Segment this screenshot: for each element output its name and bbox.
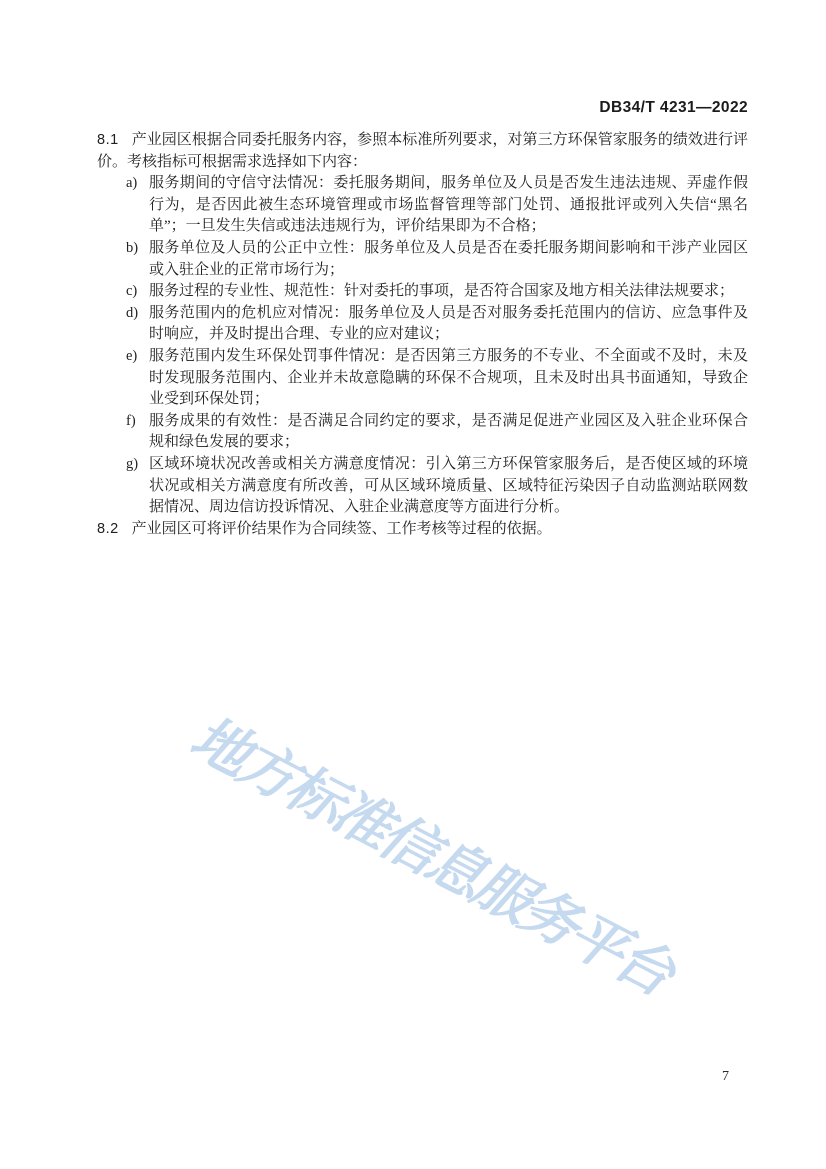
list-item-g-label: g): [126, 454, 138, 476]
list-item-d: d) 服务范围内的危机应对情况：服务单位及人员是否对服务委托范围内的信访、应急事…: [97, 303, 748, 346]
list-item-f-label: f): [126, 411, 136, 433]
clause-8-1-number: 8.1: [97, 132, 119, 148]
list-item-e-label: e): [126, 346, 137, 368]
evaluation-criteria-list: a) 服务期间的守信守法情况：委托服务期间，服务单位及人员是否发生违法违规、弄虚…: [97, 173, 748, 519]
list-item-a: a) 服务期间的守信守法情况：委托服务期间，服务单位及人员是否发生违法违规、弄虚…: [97, 173, 748, 238]
document-page: DB34/T 4231—2022 8.1产业园区根据合同委托服务内容，参照本标准…: [0, 0, 826, 1169]
list-item-f-text: 服务成果的有效性：是否满足合同约定的要求，是否满足促进产业园区及入驻企业环保合规…: [149, 413, 748, 451]
list-item-b: b) 服务单位及人员的公正中立性：服务单位及人员是否在委托服务期间影响和干涉产业…: [97, 238, 748, 281]
clause-8-1-text: 产业园区根据合同委托服务内容，参照本标准所列要求，对第三方环保管家服务的绩效进行…: [97, 132, 748, 170]
document-body: 8.1产业园区根据合同委托服务内容，参照本标准所列要求，对第三方环保管家服务的绩…: [97, 130, 748, 540]
clause-8-1: 8.1产业园区根据合同委托服务内容，参照本标准所列要求，对第三方环保管家服务的绩…: [97, 130, 748, 173]
clause-8-2-number: 8.2: [97, 521, 119, 537]
list-item-d-label: d): [126, 303, 138, 325]
list-item-g: g) 区域环境状况改善或相关方满意度情况：引入第三方环保管家服务后，是否使区域的…: [97, 454, 748, 519]
list-item-a-label: a): [126, 173, 137, 195]
list-item-b-text: 服务单位及人员的公正中立性：服务单位及人员是否在委托服务期间影响和干涉产业园区或…: [149, 240, 748, 278]
list-item-c-text: 服务过程的专业性、规范性：针对委托的事项，是否符合国家及地方相关法律法规要求；: [149, 283, 734, 299]
page-number: 7: [722, 1069, 729, 1085]
list-item-e-text: 服务范围内发生环保处罚事件情况：是否因第三方服务的不专业、不全面或不及时，未及时…: [149, 348, 748, 407]
clause-8-2-text: 产业园区可将评价结果作为合同续签、工作考核等过程的依据。: [132, 521, 552, 537]
list-item-a-text: 服务期间的守信守法情况：委托服务期间，服务单位及人员是否发生违法违规、弄虚作假行…: [149, 175, 748, 234]
list-item-d-text: 服务范围内的危机应对情况：服务单位及人员是否对服务委托范围内的信访、应急事件及时…: [149, 305, 748, 343]
list-item-g-text: 区域环境状况改善或相关方满意度情况：引入第三方环保管家服务后，是否使区域的环境状…: [149, 456, 748, 515]
list-item-f: f) 服务成果的有效性：是否满足合同约定的要求，是否满足促进产业园区及入驻企业环…: [97, 411, 748, 454]
list-item-b-label: b): [126, 238, 138, 260]
list-item-c-label: c): [126, 281, 137, 303]
watermark-text: 地方标准信息服务平台: [179, 693, 687, 1010]
clause-8-2: 8.2产业园区可将评价结果作为合同续签、工作考核等过程的依据。: [97, 519, 748, 541]
list-item-e: e) 服务范围内发生环保处罚事件情况：是否因第三方服务的不专业、不全面或不及时，…: [97, 346, 748, 411]
standard-code-header: DB34/T 4231—2022: [599, 99, 748, 117]
list-item-c: c) 服务过程的专业性、规范性：针对委托的事项，是否符合国家及地方相关法律法规要…: [97, 281, 748, 303]
